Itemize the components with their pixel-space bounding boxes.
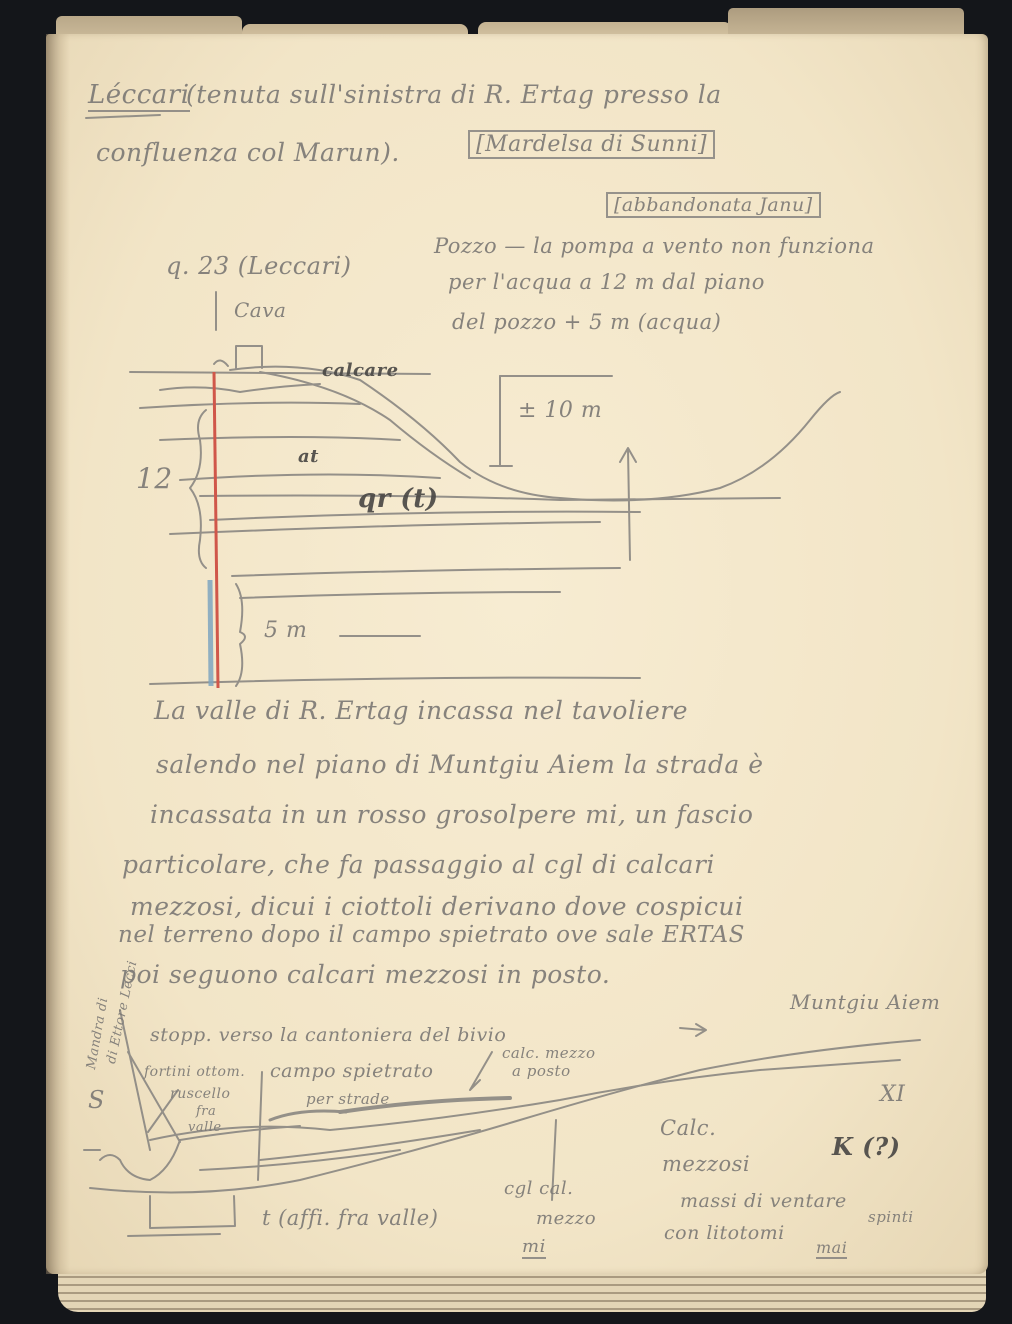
left-label-2: ruscello bbox=[170, 1086, 230, 1102]
calc-right-label-2: mezzosi bbox=[662, 1152, 750, 1176]
paragraph-line-5: mezzosi, dicui i ciottoli derivano dove … bbox=[130, 892, 744, 921]
layer-at-label: at bbox=[298, 446, 319, 467]
muntgiu-aiem-label: Muntgiu Aiem bbox=[790, 990, 940, 1014]
left-label-1: fortini ottom. bbox=[144, 1064, 245, 1080]
cgl-label-1: cgl cal. bbox=[504, 1178, 573, 1199]
pozzo-note-2: per l'acqua a 12 m dal piano bbox=[448, 270, 765, 294]
depth-12-label: 12 bbox=[136, 462, 173, 495]
heading-title: Léccari bbox=[88, 80, 190, 112]
cgl-label-3: mi bbox=[522, 1236, 546, 1259]
calc-right-label-1: Calc. bbox=[660, 1116, 716, 1140]
left-label-4: valle bbox=[188, 1120, 222, 1135]
pozzo-note-3: del pozzo + 5 m (acqua) bbox=[452, 310, 721, 334]
bottom-t-label: t (affi. fra valle) bbox=[262, 1206, 438, 1230]
title-underline bbox=[86, 115, 160, 118]
red-pencil-line bbox=[214, 372, 218, 688]
paragraph-line-7: poi seguono calcari mezzosi in posto. bbox=[120, 960, 610, 989]
calc-label: calc. mezzo bbox=[502, 1044, 596, 1062]
xi-label: XI bbox=[880, 1082, 905, 1107]
abbandonata-note: [abbandonata Janu] bbox=[606, 192, 821, 218]
campo-label-2: per strade bbox=[306, 1090, 390, 1108]
blue-pencil-line bbox=[210, 580, 211, 686]
paragraph-line-2: salendo nel piano di Muntgiu Aiem la str… bbox=[156, 750, 764, 779]
s-label: S bbox=[88, 1086, 105, 1114]
paragraph-line-3: incassata in un rosso grosolpere mi, un … bbox=[150, 800, 753, 829]
left-label-3: fra bbox=[196, 1104, 216, 1119]
calc-right-label-6: mai bbox=[816, 1238, 847, 1259]
cava-label: Cava bbox=[234, 298, 286, 322]
campo-label: campo spietrato bbox=[270, 1060, 433, 1082]
depth-5m-label: 5 m bbox=[264, 618, 307, 643]
pozzo-note-1: Pozzo — la pompa a vento non funziona bbox=[434, 234, 875, 258]
paragraph-line-6: nel terreno dopo il campo spietrato ove … bbox=[118, 922, 745, 948]
heading-line2: confluenza col Marun). bbox=[96, 138, 400, 167]
notebook: Léccari (tenuta sull'sinistra di R. Erta… bbox=[0, 0, 1012, 1324]
height-10m-label: ± 10 m bbox=[518, 398, 602, 423]
paragraph-line-1: La valle di R. Ertag incassa nel tavolie… bbox=[154, 696, 688, 725]
paragraph-line-4: particolare, che fa passaggio al cgl di … bbox=[122, 850, 715, 879]
stopp-label: stopp. verso la cantoniera del bivio bbox=[150, 1024, 506, 1046]
calc-right-label-5: spinti bbox=[868, 1208, 914, 1226]
pencil-sketches bbox=[0, 0, 1012, 1324]
site-label: q. 23 (Leccari) bbox=[166, 252, 352, 280]
heading-line1: (tenuta sull'sinistra di R. Ertag presso… bbox=[186, 80, 722, 109]
heading-bracket-note: [Mardelsa di Sunni] bbox=[468, 130, 715, 159]
calc-label-2: a posto bbox=[512, 1062, 571, 1080]
cgl-label-2: mezzo bbox=[536, 1208, 596, 1229]
calcare-label: calcare bbox=[322, 360, 399, 381]
calc-right-label-4: con litotomi bbox=[664, 1222, 785, 1244]
calc-right-label-3: massi di ventare bbox=[680, 1190, 847, 1212]
layer-qr-label: qr (t) bbox=[358, 484, 439, 514]
k-label: K (?) bbox=[832, 1132, 901, 1161]
